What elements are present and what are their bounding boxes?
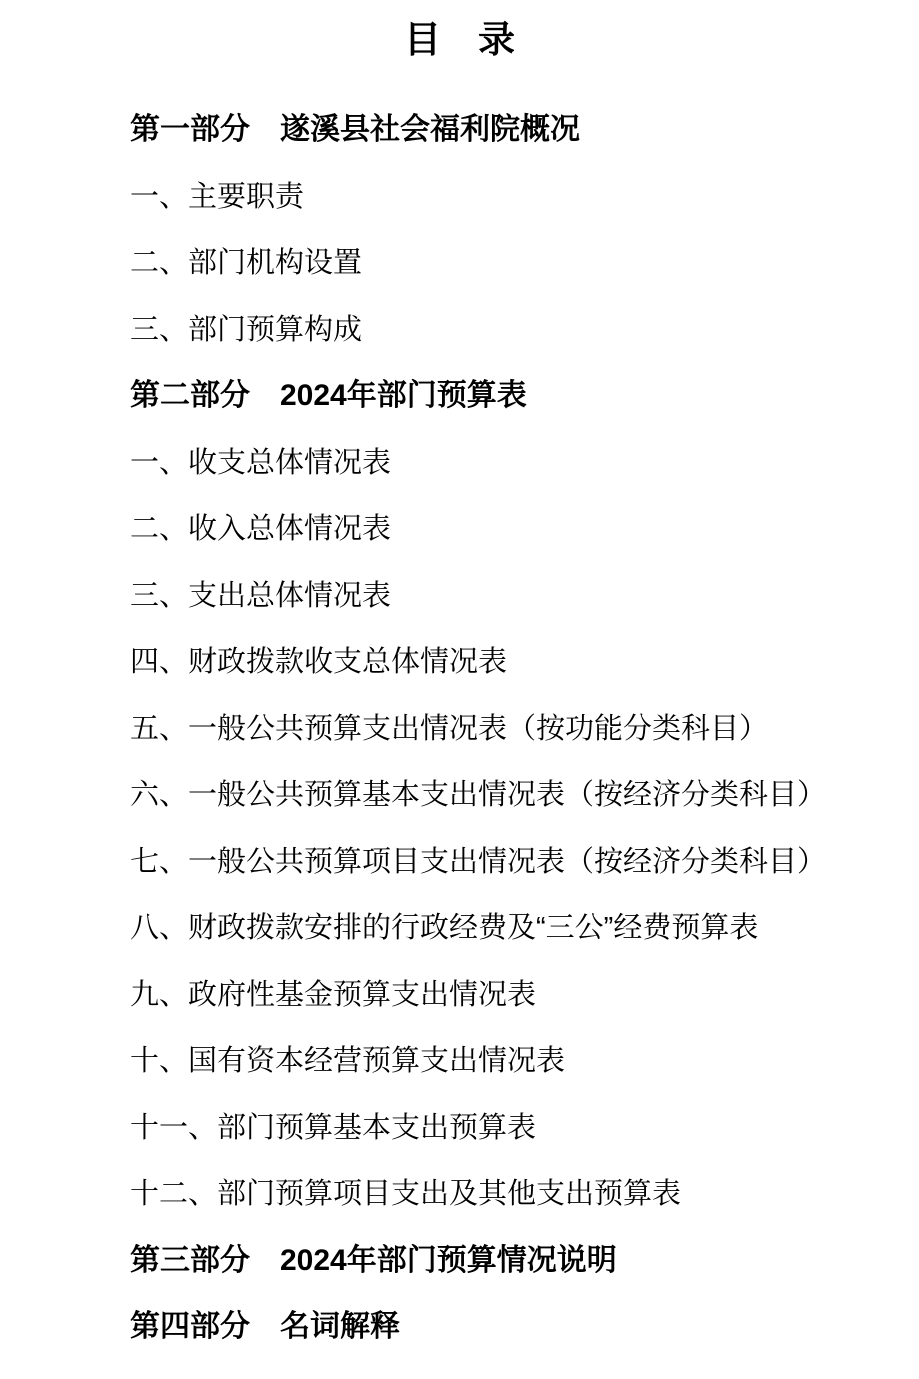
- toc-item-revenue-overview: 二、收入总体情况表: [130, 496, 889, 563]
- toc-item-budget-composition: 三、部门预算构成: [130, 297, 889, 364]
- toc-item-dept-project-other-expenditure-budget: 十二、部门预算项目支出及其他支出预算表: [130, 1161, 889, 1228]
- toc-item-main-duties: 一、主要职责: [130, 164, 889, 231]
- toc-item-expenditure-overview: 三、支出总体情况表: [130, 563, 889, 630]
- toc-item-org-structure: 二、部门机构设置: [130, 230, 889, 297]
- toc-item-fiscal-appropriation-overview: 四、财政拨款收支总体情况表: [130, 629, 889, 696]
- toc-heading-part1: 第一部分 遂溪县社会福利院概况: [130, 97, 889, 164]
- document-page: 目 录 第一部分 遂溪县社会福利院概况 一、主要职责 二、部门机构设置 三、部门…: [0, 0, 919, 1379]
- toc-item-general-budget-basic-expenditure-economic: 六、一般公共预算基本支出情况表（按经济分类科目）: [130, 762, 889, 829]
- toc-heading-part2: 第二部分 2024年部门预算表: [130, 363, 889, 430]
- page-title: 目 录: [0, 0, 919, 68]
- table-of-contents: 第一部分 遂溪县社会福利院概况 一、主要职责 二、部门机构设置 三、部门预算构成…: [0, 97, 919, 1361]
- toc-item-general-budget-project-expenditure-economic: 七、一般公共预算项目支出情况表（按经济分类科目）: [130, 829, 889, 896]
- toc-item-revenue-expenditure-overview: 一、收支总体情况表: [130, 430, 889, 497]
- toc-item-state-capital-budget-expenditure: 十、国有资本经营预算支出情况表: [130, 1028, 889, 1095]
- toc-item-admin-three-public-funds: 八、财政拨款安排的行政经费及“三公”经费预算表: [130, 895, 889, 962]
- toc-item-govt-fund-budget-expenditure: 九、政府性基金预算支出情况表: [130, 962, 889, 1029]
- toc-heading-part3: 第三部分 2024年部门预算情况说明: [130, 1228, 889, 1295]
- toc-heading-part4: 第四部分 名词解释: [130, 1294, 889, 1361]
- toc-item-general-budget-expenditure-functional: 五、一般公共预算支出情况表（按功能分类科目）: [130, 696, 889, 763]
- toc-item-dept-basic-expenditure-budget: 十一、部门预算基本支出预算表: [130, 1095, 889, 1162]
